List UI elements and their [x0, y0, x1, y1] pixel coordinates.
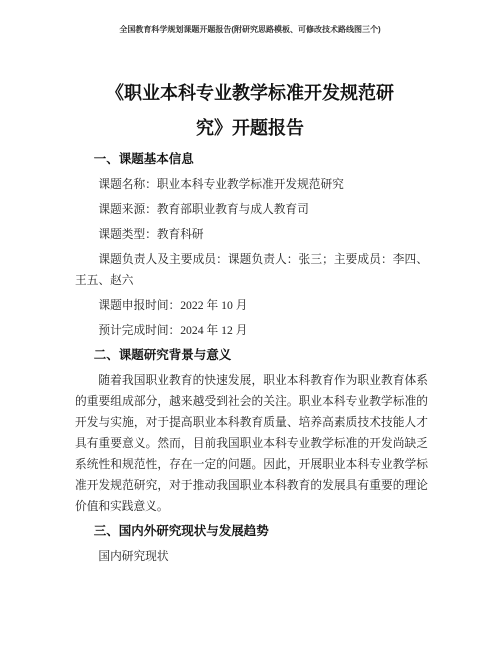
info-line-topic-name: 课题名称：职业本科专业教学标准开发规范研究: [75, 174, 428, 195]
document-header-note: 全国教育科学规划课题开题报告(附研究思路模板、可修改技术路线图三个): [0, 0, 500, 36]
background-paragraph-line-6: 准开发规范研究，对于推动我国职业本科教育的发展具有重要的理论: [75, 475, 428, 496]
background-paragraph-line-1: 随着我国职业教育的快速发展，职业本科教育作为职业教育体系: [75, 370, 428, 391]
section-3-heading: 三、国内外研究现状与发展趋势: [75, 521, 428, 542]
background-paragraph-line-3: 开发与实施，对于提高职业本科教育质量、培养高素质技术技能人才: [75, 412, 428, 433]
document-page: 全国教育科学规划课题开题报告(附研究思路模板、可修改技术路线图三个) 《职业本科…: [0, 0, 500, 647]
info-line-application-date: 课题申报时间：2022 年 10 月: [75, 295, 428, 316]
background-paragraph-line-2: 的重要组成部分，越来越受到社会的关注。职业本科专业教学标准的: [75, 391, 428, 412]
section-1-heading: 一、课题基本信息: [75, 149, 428, 170]
info-line-members-continuation: 王五、赵六: [75, 270, 428, 291]
section-2-heading: 二、课题研究背景与意义: [75, 345, 428, 366]
domestic-research-status-line: 国内研究现状: [75, 546, 428, 567]
document-title-line-1: 《职业本科专业教学标准开发规范研: [0, 76, 500, 111]
document-title: 《职业本科专业教学标准开发规范研 究》开题报告: [0, 76, 500, 146]
document-title-line-2: 究》开题报告: [0, 111, 500, 146]
info-line-completion-date: 预计完成时间：2024 年 12 月: [75, 320, 428, 341]
background-paragraph-line-7: 价值和实践意义。: [75, 496, 428, 517]
background-paragraph-line-5: 系统性和规范性，存在一定的问题。因此，开展职业本科专业教学标: [75, 454, 428, 475]
document-body: 一、课题基本信息 课题名称：职业本科专业教学标准开发规范研究 课题来源：教育部职…: [75, 149, 428, 567]
info-line-topic-source: 课题来源：教育部职业教育与成人教育司: [75, 199, 428, 220]
info-line-members: 课题负责人及主要成员：课题负责人：张三；主要成员：李四、: [75, 249, 428, 270]
background-paragraph-line-4: 具有重要意义。然而，目前我国职业本科专业教学标准的开发尚缺乏: [75, 433, 428, 454]
info-line-topic-type: 课题类型：教育科研: [75, 224, 428, 245]
